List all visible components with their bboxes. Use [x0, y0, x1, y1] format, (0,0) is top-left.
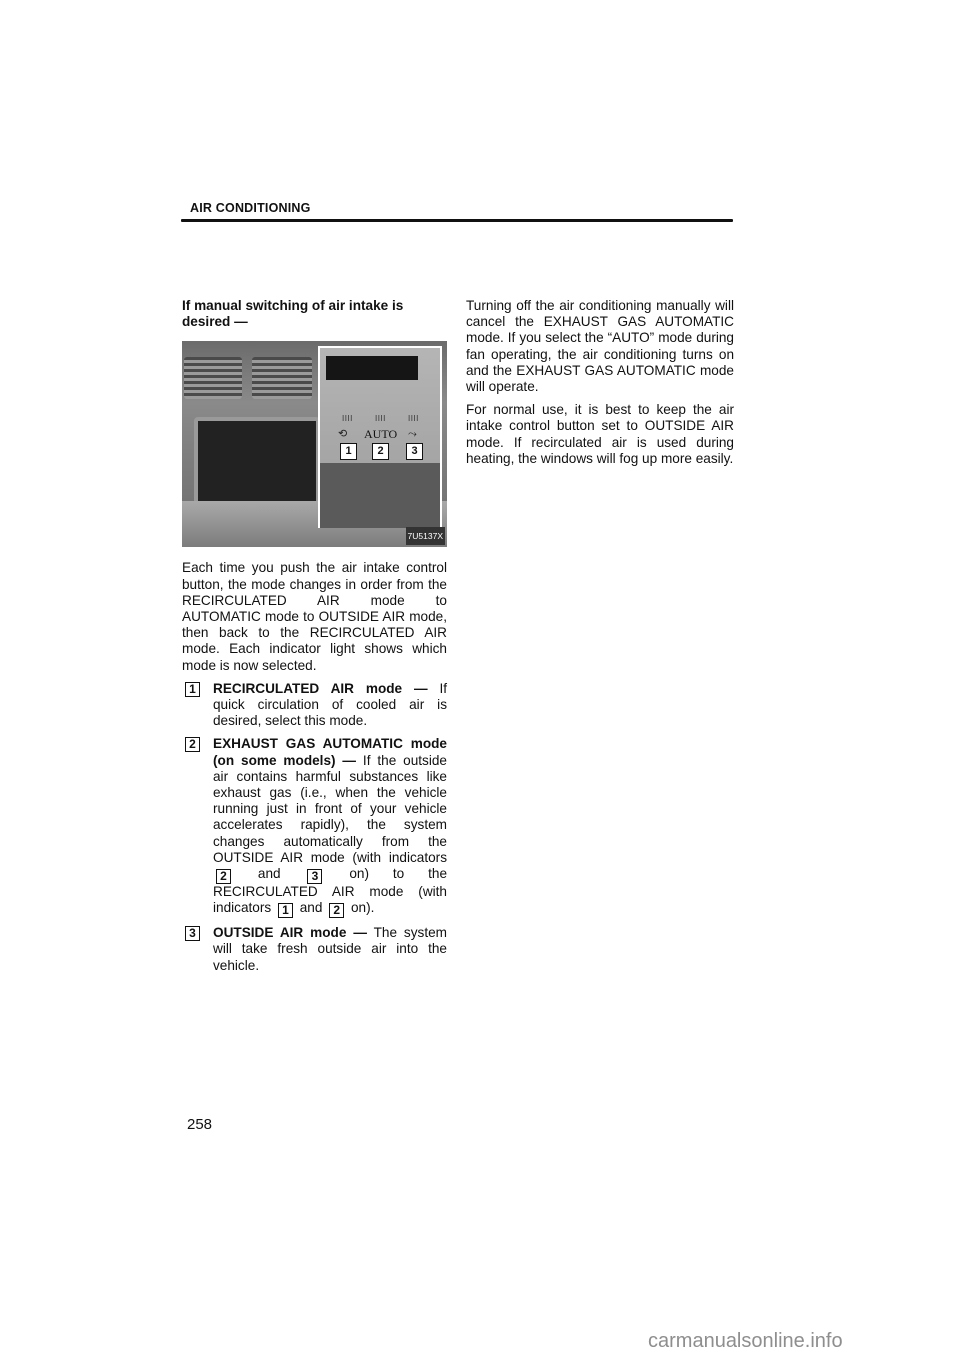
section-title: AIR CONDITIONING: [190, 201, 311, 215]
indicator-light: IIII: [342, 411, 353, 427]
inline-indicator-badge: 2: [216, 869, 231, 884]
inline-indicator-badge: 2: [329, 903, 344, 918]
list-item: 3 OUTSIDE AIR mode — The system will tak…: [182, 925, 447, 974]
section-heading: If manual switching of air intake is des…: [182, 298, 447, 330]
inline-indicator-badge: 3: [307, 869, 322, 884]
body-paragraph: For normal use, it is best to keep the a…: [466, 402, 734, 467]
callout-number-2: 2: [372, 443, 389, 460]
auto-label: AUTO: [364, 426, 397, 442]
item-title: RECIRCULATED AIR mode —: [213, 681, 428, 696]
item-number-badge: 2: [185, 737, 200, 752]
item-number-badge: 1: [185, 682, 200, 697]
watermark: carmanualsonline.info: [648, 1330, 843, 1353]
intro-paragraph: Each time you push the air intake contro…: [182, 560, 447, 673]
recirculate-air-icon: ⟲: [338, 426, 347, 442]
page-number: 258: [187, 1116, 212, 1133]
air-vent: [184, 357, 242, 399]
inline-indicator-badge: 1: [278, 903, 293, 918]
indicator-light: IIII: [408, 411, 419, 427]
body-paragraph: Turning off the air conditioning manuall…: [466, 298, 734, 395]
item-text: and: [300, 900, 323, 915]
item-text: and: [258, 866, 281, 881]
item-title: OUTSIDE AIR mode —: [213, 925, 367, 940]
right-column: Turning off the air conditioning manuall…: [466, 298, 734, 474]
callout-zoom: IIII IIII IIII ⟲ AUTO ⤳ 1 2 3: [318, 346, 442, 528]
left-column: If manual switching of air intake is des…: [182, 298, 447, 981]
header-rule: [181, 219, 733, 222]
figure-code: 7U5137X: [406, 527, 445, 545]
item-number-badge: 3: [185, 926, 200, 941]
callout-number-3: 3: [406, 443, 423, 460]
callout-lower-panel: [320, 463, 440, 528]
indicator-light: IIII: [375, 411, 386, 427]
outside-air-icon: ⤳: [408, 426, 417, 442]
list-item: 1 RECIRCULATED AIR mode — If quick circu…: [182, 681, 447, 730]
callout-bar: [326, 356, 418, 380]
item-text: If the outside air contains harmful subs…: [213, 753, 447, 865]
list-item: 2 EXHAUST GAS AUTOMATIC mode (on some mo…: [182, 736, 447, 918]
item-text: on).: [351, 900, 374, 915]
callout-number-1: 1: [340, 443, 357, 460]
dashboard-figure: IIII IIII IIII ⟲ AUTO ⤳ 1 2 3 7U5137X: [182, 341, 447, 547]
air-vent: [252, 357, 312, 399]
